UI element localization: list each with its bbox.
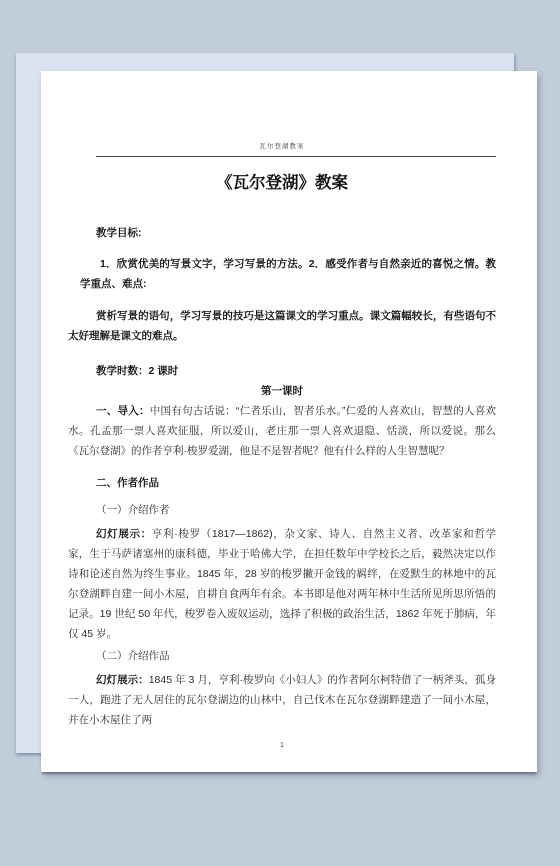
introduction-paragraph: 一、导入：中国有句古话说：“仁者乐山，智者乐水。”仁爱的人喜欢山，智慧的人喜欢水… [68,401,496,461]
class-hours-line: 教学时数：2 课时 [68,361,496,381]
slideshow-lead-label-1: 幻灯展示： [96,528,152,540]
document-preview-canvas: 瓦尔登湖教案 《瓦尔登湖》教案 教学目标: 1．欣赏优美的写景文字，学习写景的方… [0,0,560,866]
introduce-author-subheading: （一）介绍作者 [68,500,496,520]
document-title: 《瓦尔登湖》教案 [68,172,496,194]
author-works-heading: 二、作者作品 [68,473,496,493]
document-page: 瓦尔登湖教案 《瓦尔登湖》教案 教学目标: 1．欣赏优美的写景文字，学习写景的方… [41,71,537,772]
page-number: 1 [68,741,496,751]
author-bio-paragraph: 幻灯展示：亨利·梭罗（1817—1862)，杂文家、诗人、自然主义者、改革家和哲… [68,524,496,644]
slideshow-lead-label-2: 幻灯展示： [96,674,149,686]
page-header-text: 瓦尔登湖教案 [68,142,496,151]
header-divider-rule [96,156,496,157]
introduction-lead-label: 一、导入： [96,405,150,417]
key-points-paragraph: 赏析写景的语句，学习写景的技巧是这篇课文的学习重点。课文篇幅较长，有些语句不太好… [68,306,496,346]
teaching-objectives-heading: 教学目标: [68,223,496,243]
introduce-work-subheading: （二）介绍作品 [68,646,496,666]
objectives-paragraph: 1．欣赏优美的写景文字，学习写景的方法。2．感受作者与自然亲近的喜悦之情。教学重… [80,254,496,294]
first-lesson-heading: 第一课时 [68,381,496,401]
work-intro-paragraph: 幻灯展示：1845 年 3 月，亨利·梭罗向《小妇人》的作者阿尔柯特借了一柄斧头… [68,670,496,730]
author-bio-text: 亨利·梭罗（1817—1862)，杂文家、诗人、自然主义者、改革家和哲学家，生于… [68,528,496,640]
